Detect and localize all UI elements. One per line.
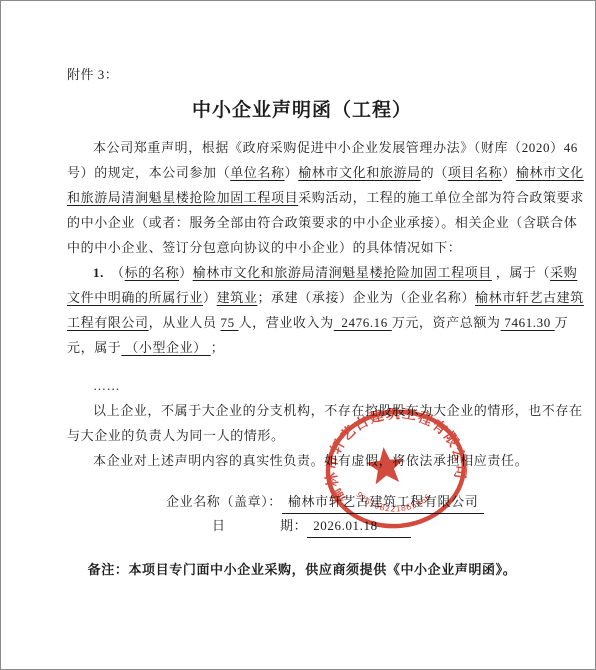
body-line: 元，属于 （小型企业） ；	[67, 335, 537, 360]
body-text-segment: 本公司郑重声明，根据《政府采购促进中小企业发展管理办法》（财库（2020）46	[93, 140, 578, 155]
body-text-segment: 75	[220, 315, 238, 330]
body-text-segment: 榆林市轩艺古建筑	[475, 290, 584, 305]
body-line: 的中小企业（或者：服务全部由符合政策要求的中小企业承接）。相关企业（含联合体	[67, 210, 537, 235]
body-line: 本公司郑重声明，根据《政府采购促进中小企业发展管理办法》（财库（2020）46	[67, 135, 537, 160]
body-text-segment: 标的名称	[125, 265, 179, 280]
body-text-segment: 本企业对上述声明内容的真实性负责。如有虚假，将依法承担相应责任。	[93, 453, 528, 468]
body-text-segment: 1.	[93, 265, 104, 280]
body-text-segment: 7461.30	[501, 315, 555, 330]
body-line: 与大企业的负责人为同一人的情形。	[67, 423, 537, 448]
note-text: 备注：本项目专门面中小企业采购，供应商须提供《中小企业声明函》。	[67, 559, 537, 578]
body-line: 中的中小企业、签订分包意向协议的中小企业）的具体情况如下：	[67, 235, 537, 260]
body-line: 和旅游局清涧魁星楼抢险加固工程项目采购活动，工程的施工单位全部为符合政策要求	[67, 185, 537, 210]
body-text-segment: 万	[555, 315, 569, 330]
body-text-segment: ；	[211, 340, 225, 355]
body-text-segment: 人，营业收入为	[239, 315, 334, 330]
company-name-label: 企业名称（盖章）：	[166, 494, 282, 509]
body-text-segment: 榆林市文化	[516, 165, 584, 180]
body-line: 本企业对上述声明内容的真实性负责。如有虚假，将依法承担相应责任。	[67, 448, 537, 473]
date-label: 日 期：	[212, 518, 307, 533]
document-body: 本公司郑重声明，根据《政府采购促进中小企业发展管理办法》（财库（2020）46号…	[67, 135, 537, 473]
body-text-segment: 文件中明确的所属行业	[67, 290, 203, 305]
body-text-segment: 以上企业，不属于大企业的分支机构，不存在控股股东为大企业的情形，也不存在	[93, 403, 583, 418]
body-text-segment: 元，属于	[67, 340, 121, 355]
attachment-label: 附件 3：	[67, 65, 537, 85]
body-text-segment: 工程有限公司	[67, 315, 149, 330]
body-text-segment: ）	[285, 165, 299, 180]
body-line: 号）的规定，本公司参加（单位名称）榆林市文化和旅游局的（项目名称）榆林市文化	[67, 160, 537, 185]
body-text-segment: 项目名称	[448, 165, 502, 180]
body-text-segment: 榆林市文化和旅游局	[298, 165, 420, 180]
body-line: 1. （标的名称）榆林市文化和旅游局清涧魁星楼抢险加固工程项目 ，属于（采购	[67, 260, 537, 285]
body-text-segment: ）	[203, 290, 217, 305]
body-text-segment: 的（	[421, 165, 448, 180]
body-text-segment: ，属于（	[492, 265, 550, 280]
body-text-segment: 的中小企业（或者：服务全部由符合政策要求的中小企业承接）。相关企业（含联合体	[67, 215, 577, 230]
document-title: 中小企业声明函（工程）	[67, 97, 537, 125]
company-name-value: 榆林市轩艺古建筑工程有限公司	[282, 490, 484, 514]
body-text-segment: 单位名称	[230, 165, 284, 180]
body-text-segment: 与大企业的负责人为同一人的情形。	[67, 428, 285, 443]
body-line: 工程有限公司，从业人员 75 人，营业收入为 2476.16 万元，资产总额为 …	[67, 310, 537, 335]
body-text-segment: （小型企业）	[121, 340, 210, 355]
body-line	[67, 360, 537, 373]
body-text-segment: 榆林市文化和旅游局清涧魁星楼抢险加固工程项目	[193, 265, 492, 280]
signature-block: 企业名称（盖章）：榆林市轩艺古建筑工程有限公司 日 期：2026.01.18	[166, 490, 537, 538]
body-text-segment: 采购	[550, 265, 577, 280]
body-text-segment: 和旅游局清涧魁星楼抢险加固工程项目	[67, 190, 298, 205]
document-content: 附件 3： 中小企业声明函（工程） 本公司郑重声明，根据《政府采购促进中小企业发…	[67, 65, 537, 578]
company-name-line: 企业名称（盖章）：榆林市轩艺古建筑工程有限公司	[166, 490, 537, 514]
body-text-segment: 万元，资产总额为	[392, 315, 501, 330]
body-text-segment: ）	[502, 165, 516, 180]
body-text-segment: 号）的规定，本公司参加（	[67, 165, 230, 180]
body-text-segment: ；承建（承接）企业为（企业名称）	[257, 290, 475, 305]
body-text-segment: ……	[93, 378, 120, 393]
body-text-segment: 中的中小企业、签订分包意向协议的中小企业）的具体情况如下：	[67, 240, 461, 255]
body-text-segment: 建筑业	[217, 290, 258, 305]
body-text-segment: 2476.16	[334, 315, 392, 330]
date-value: 2026.01.18	[307, 514, 411, 538]
body-line: ……	[67, 373, 537, 398]
body-line: 文件中明确的所属行业）建筑业；承建（承接）企业为（企业名称）榆林市轩艺古建筑	[67, 285, 537, 310]
date-line: 日 期：2026.01.18	[166, 514, 537, 538]
body-line: 以上企业，不属于大企业的分支机构，不存在控股股东为大企业的情形，也不存在	[67, 398, 537, 423]
body-text-segment: ，从业人员	[149, 315, 221, 330]
document-page: 附件 3： 中小企业声明函（工程） 本公司郑重声明，根据《政府采购促进中小企业发…	[0, 0, 596, 670]
body-text-segment: ）	[179, 265, 193, 280]
body-text-segment: 采购活动，工程的施工单位全部为符合政策要求	[298, 190, 584, 205]
body-text-segment: （	[104, 265, 125, 280]
